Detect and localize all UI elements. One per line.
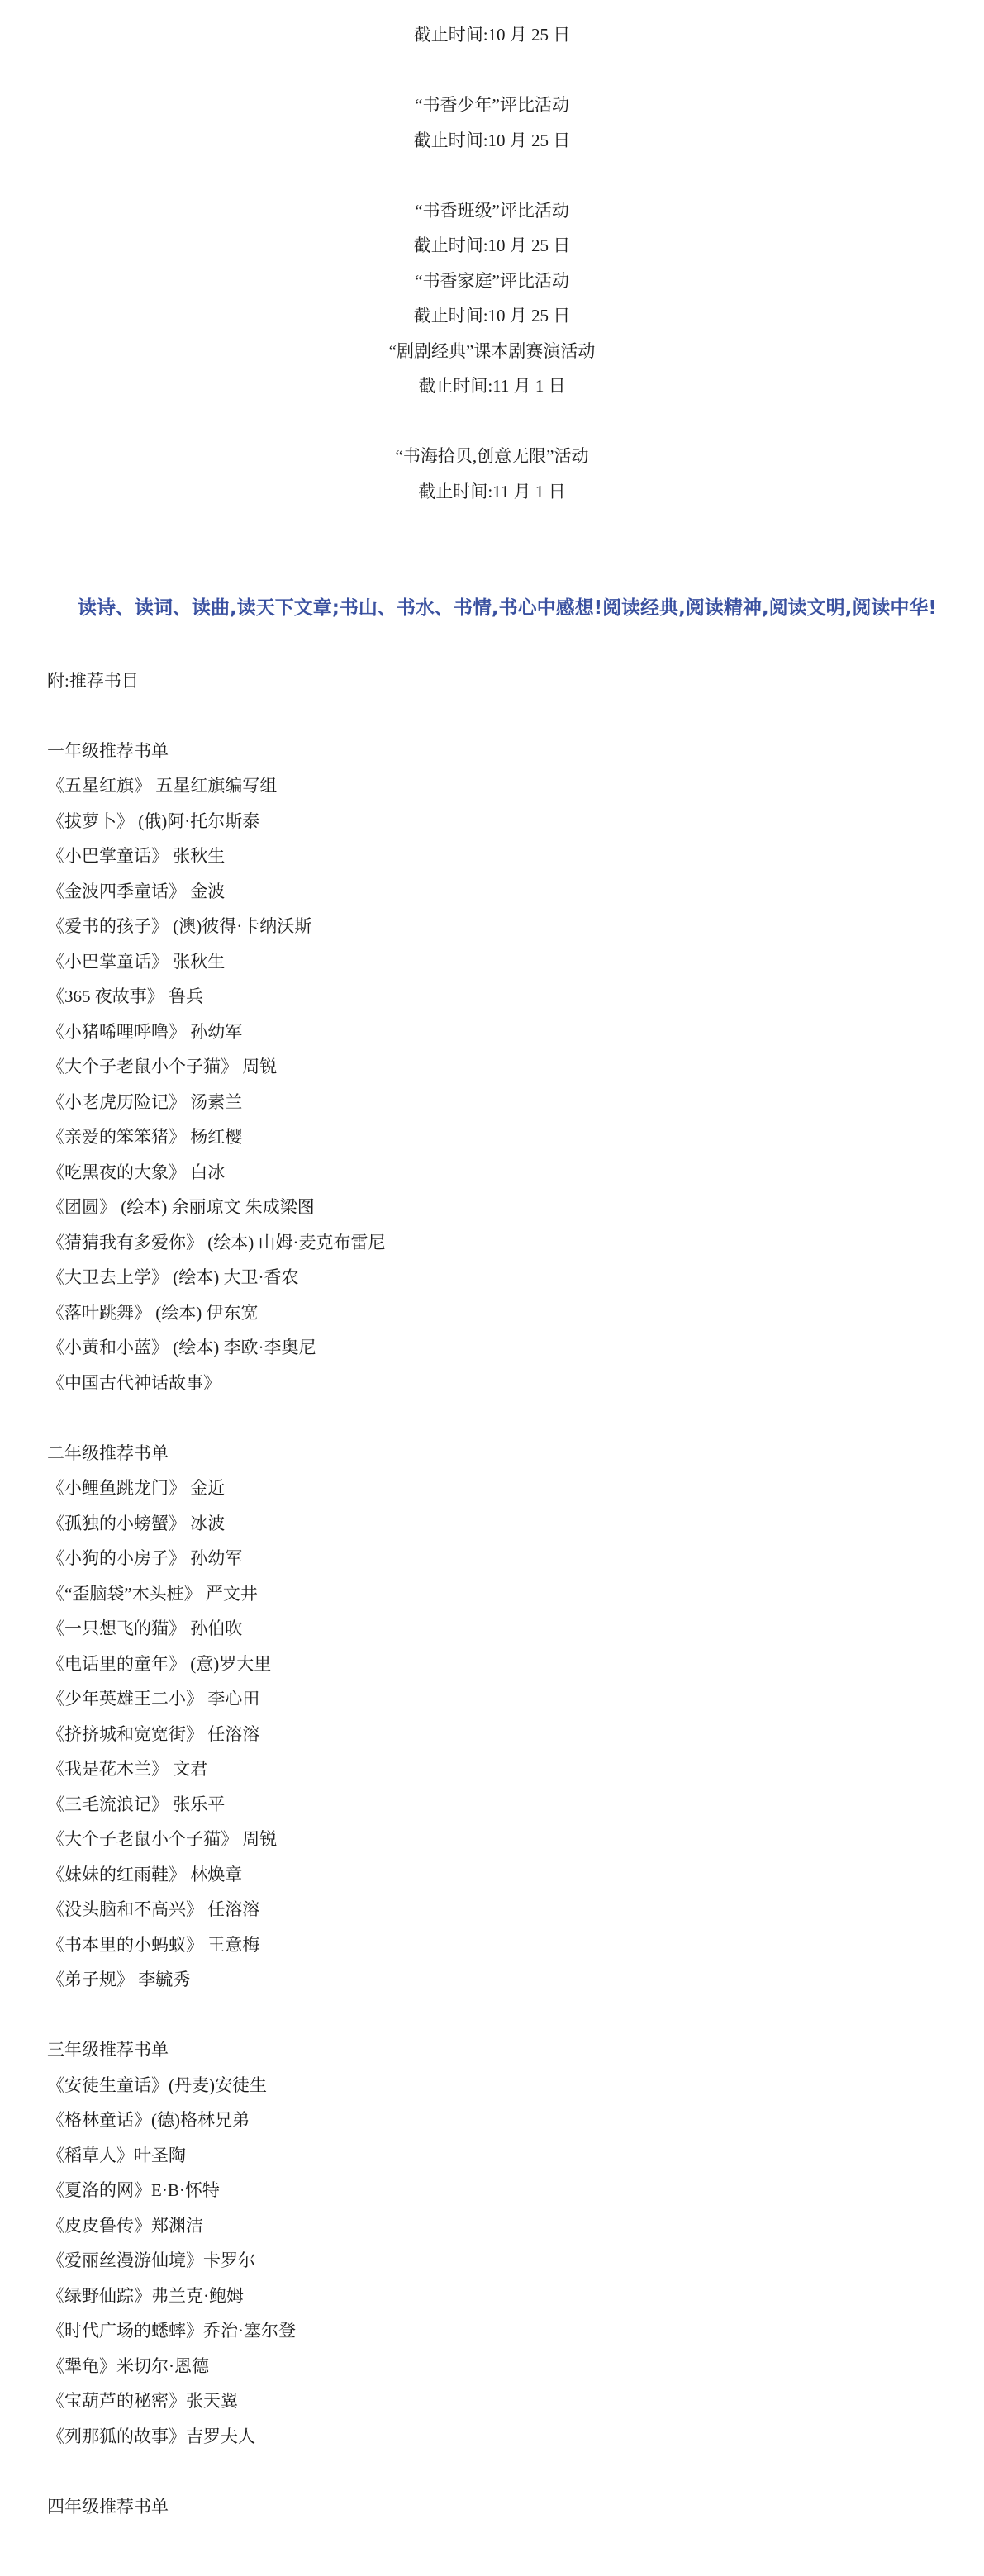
- schedule-line: “书海拾贝,创意无限”活动: [40, 439, 944, 474]
- book-entry: 《五星红旗》 五星红旗编写组: [47, 768, 944, 804]
- book-entry: 《没头脑和不高兴》 任溶溶: [47, 1892, 944, 1927]
- book-entry: 《吃黑夜的大象》 白冰: [47, 1155, 944, 1191]
- schedule-line: “书香班级”评比活动: [40, 193, 944, 229]
- book-entry: 《金波四季童话》 金波: [47, 874, 944, 910]
- book-entry: 《我是花木兰》 文君: [47, 1751, 944, 1787]
- book-entry: 《电话里的童年》 (意)罗大里: [47, 1647, 944, 1682]
- book-section: 四年级推荐书单: [40, 2489, 944, 2525]
- book-entry: 《列那狐的故事》吉罗夫人: [47, 2419, 944, 2455]
- book-entry: 《拔萝卜》 (俄)阿·托尔斯泰: [47, 804, 944, 839]
- book-entry: 《亲爱的笨笨猪》 杨红樱: [47, 1119, 944, 1155]
- book-entry: 《少年英雄王二小》 李心田: [47, 1681, 944, 1717]
- book-entry: 《格林童话》(德)格林兄弟: [47, 2103, 944, 2138]
- book-entry: 《犟龟》米切尔·恩德: [47, 2349, 944, 2384]
- book-entry: 《书本里的小蚂蚁》 王意梅: [47, 1927, 944, 1963]
- schedule-group: “书海拾贝,创意无限”活动截止时间:11 月 1 日: [40, 439, 944, 509]
- schedule-group: 截止时间:10 月 25 日: [40, 17, 944, 53]
- book-entry: 《团圆》 (绘本) 余丽琼文 朱成梁图: [47, 1190, 944, 1225]
- book-entry: 《大个子老鼠小个子猫》 周锐: [47, 1049, 944, 1085]
- book-entry: 《爱丽丝漫游仙境》卡罗尔: [47, 2243, 944, 2279]
- book-section: 一年级推荐书单《五星红旗》 五星红旗编写组《拔萝卜》 (俄)阿·托尔斯泰《小巴掌…: [40, 734, 944, 1401]
- book-entry: 《中国古代神话故事》: [47, 1366, 944, 1401]
- schedule-line: 截止时间:11 月 1 日: [40, 474, 944, 510]
- schedule-line: “书香家庭”评比活动: [40, 264, 944, 299]
- book-entry: 《“歪脑袋”木头桩》 严文井: [47, 1576, 944, 1612]
- book-entry: 《小巴掌童话》 张秋生: [47, 839, 944, 874]
- schedule-group: “书香少年”评比活动截止时间:10 月 25 日: [40, 88, 944, 158]
- book-entry: 《时代广场的蟋蟀》乔治·塞尔登: [47, 2313, 944, 2349]
- book-sections: 一年级推荐书单《五星红旗》 五星红旗编写组《拔萝卜》 (俄)阿·托尔斯泰《小巴掌…: [40, 734, 944, 2525]
- book-entry: 《皮皮鲁传》郑渊洁: [47, 2208, 944, 2244]
- book-entry: 《夏洛的网》E·B·怀特: [47, 2173, 944, 2208]
- book-entry: 《安徒生童话》(丹麦)安徒生: [47, 2068, 944, 2103]
- book-entry: 《一只想飞的猫》 孙伯吹: [47, 1611, 944, 1647]
- book-entry: 《小狗的小房子》 孙幼军: [47, 1541, 944, 1576]
- book-entry: 《小猪唏哩呼噜》 孙幼军: [47, 1015, 944, 1050]
- book-entry: 《孤独的小螃蟹》 冰波: [47, 1506, 944, 1542]
- reading-slogan: 读诗、读词、读曲,读天下文章;书山、书水、书情,书心中感想!阅读经典,阅读精神,…: [40, 593, 944, 625]
- book-section-title: 四年级推荐书单: [47, 2489, 944, 2525]
- schedule: 截止时间:10 月 25 日“书香少年”评比活动截止时间:10 月 25 日“书…: [40, 17, 944, 509]
- schedule-line: “书香少年”评比活动: [40, 88, 944, 123]
- book-section: 二年级推荐书单《小鲤鱼跳龙门》 金近《孤独的小螃蟹》 冰波《小狗的小房子》 孙幼…: [40, 1436, 944, 1998]
- book-entry: 《三毛流浪记》 张乐平: [47, 1787, 944, 1823]
- schedule-line: “剧剧经典”课本剧赛演活动: [40, 334, 944, 369]
- schedule-group: “书香班级”评比活动截止时间:10 月 25 日“书香家庭”评比活动截止时间:1…: [40, 193, 944, 404]
- book-entry: 《挤挤城和宽宽街》 任溶溶: [47, 1717, 944, 1752]
- book-entry: 《绿野仙踪》弗兰克·鲍姆: [47, 2279, 944, 2314]
- book-entry: 《大个子老鼠小个子猫》 周锐: [47, 1822, 944, 1857]
- appendix-note: 附:推荐书目: [47, 663, 944, 699]
- schedule-line: 截止时间:11 月 1 日: [40, 368, 944, 404]
- book-entry: 《猜猜我有多爱你》 (绘本) 山姆·麦克布雷尼: [47, 1225, 944, 1261]
- schedule-line: 截止时间:10 月 25 日: [40, 228, 944, 264]
- book-section-title: 三年级推荐书单: [47, 2032, 944, 2068]
- book-entry: 《小巴掌童话》 张秋生: [47, 944, 944, 980]
- book-section-title: 一年级推荐书单: [47, 734, 944, 769]
- schedule-line: 截止时间:10 月 25 日: [40, 298, 944, 334]
- book-entry: 《大卫去上学》 (绘本) 大卫·香农: [47, 1260, 944, 1295]
- book-entry: 《稻草人》叶圣陶: [47, 2138, 944, 2174]
- book-entry: 《小黄和小蓝》 (绘本) 李欧·李奥尼: [47, 1330, 944, 1366]
- schedule-line: 截止时间:10 月 25 日: [40, 17, 944, 53]
- schedule-line: 截止时间:10 月 25 日: [40, 123, 944, 159]
- book-entry: 《妹妹的红雨鞋》 林焕章: [47, 1857, 944, 1893]
- book-section-title: 二年级推荐书单: [47, 1436, 944, 1471]
- book-entry: 《落叶跳舞》 (绘本) 伊东宽: [47, 1295, 944, 1331]
- document-page: 截止时间:10 月 25 日“书香少年”评比活动截止时间:10 月 25 日“书…: [0, 0, 984, 2576]
- book-entry: 《小鲤鱼跳龙门》 金近: [47, 1471, 944, 1506]
- book-entry: 《宝葫芦的秘密》张天翼: [47, 2384, 944, 2419]
- book-section: 三年级推荐书单《安徒生童话》(丹麦)安徒生《格林童话》(德)格林兄弟《稻草人》叶…: [40, 2032, 944, 2454]
- book-entry: 《弟子规》 李毓秀: [47, 1962, 944, 1998]
- book-entry: 《365 夜故事》 鲁兵: [47, 979, 944, 1015]
- book-entry: 《小老虎历险记》 汤素兰: [47, 1085, 944, 1120]
- book-entry: 《爱书的孩子》 (澳)彼得·卡纳沃斯: [47, 909, 944, 944]
